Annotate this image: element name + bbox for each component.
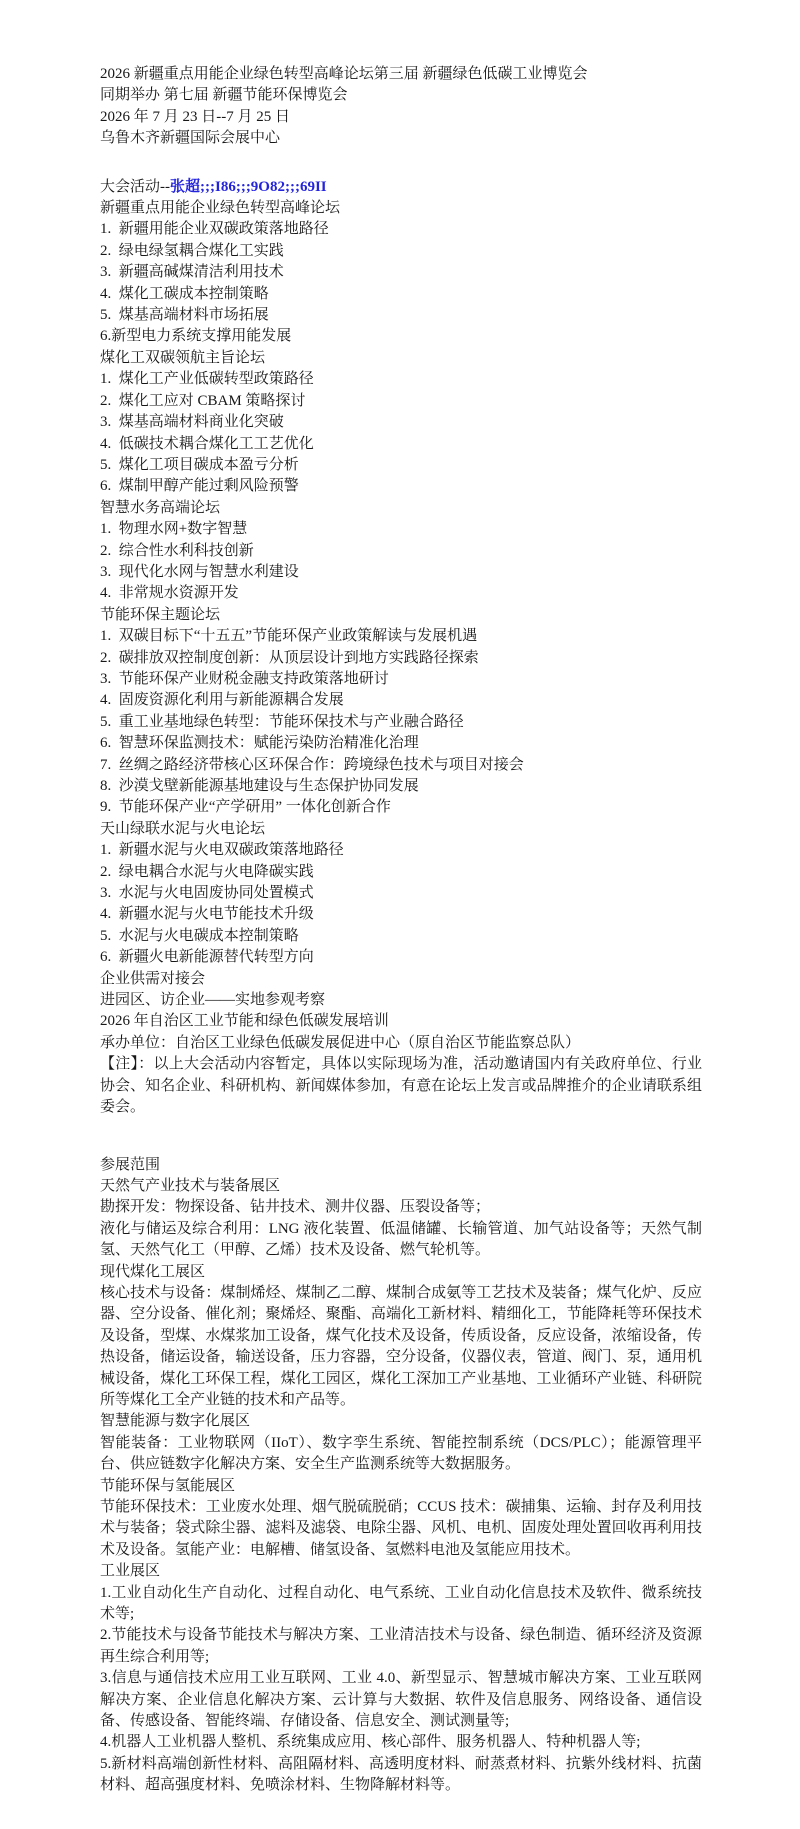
document-header: 2026 新疆重点用能企业绿色转型高峰论坛第三届 新疆绿色低碳工业博览会同期举办… (100, 64, 702, 150)
forum-item: 3. 节能环保产业财税金融支持政策落地研讨 (100, 669, 702, 690)
forum-item: 4. 煤化工碳成本控制策略 (100, 284, 702, 305)
activities-heading: 大会活动--张超;;;I86;;;9O82;;;69II (100, 177, 702, 198)
forum-item: 6. 新疆火电新能源替代转型方向 (100, 947, 702, 968)
spacer (100, 150, 702, 177)
activity-line: 2026 年自治区工业节能和绿色低碳发展培训 (100, 1011, 702, 1032)
forum-item: 7. 丝绸之路经济带核心区环保合作：跨境绿色技术与项目对接会 (100, 755, 702, 776)
zone-paragraph: 节能环保技术：工业废水处理、烟气脱硫脱硝；CCUS 技术：碳捕集、运输、封存及利… (100, 1497, 702, 1561)
exhibition-scope-title: 参展范围 (100, 1155, 702, 1176)
forum-title: 节能环保主题论坛 (100, 605, 702, 626)
zone-title: 智慧能源与数字化展区 (100, 1411, 702, 1432)
activities-label: 大会活动-- (100, 179, 170, 195)
forum-item: 6.新型电力系统支撑用能发展 (100, 326, 702, 347)
forum-item: 1. 煤化工产业低碳转型政策路径 (100, 369, 702, 390)
forum-item: 5. 煤化工项目碳成本盈亏分析 (100, 455, 702, 476)
forum-item: 5. 水泥与火电碳成本控制策略 (100, 926, 702, 947)
contact-highlight: 张超;;;I86;;;9O82;;;69II (170, 179, 327, 195)
forum-title: 煤化工双碳领航主旨论坛 (100, 348, 702, 369)
forum-item: 3. 现代化水网与智慧水利建设 (100, 562, 702, 583)
forum-item: 3. 煤基高端材料商业化突破 (100, 412, 702, 433)
forum-item: 2. 煤化工应对 CBAM 策略探讨 (100, 391, 702, 412)
zone-title: 现代煤化工展区 (100, 1262, 702, 1283)
header-line: 乌鲁木齐新疆国际会展中心 (100, 128, 702, 149)
forum-item: 1. 双碳目标下“十五五”节能环保产业政策解读与发展机遇 (100, 626, 702, 647)
forum-item: 5. 煤基高端材料市场拓展 (100, 305, 702, 326)
forum-item: 4. 固废资源化利用与新能源耦合发展 (100, 690, 702, 711)
forum-item: 4. 非常规水资源开发 (100, 583, 702, 604)
forum-item: 8. 沙漠戈壁新能源基地建设与生态保护协同发展 (100, 776, 702, 797)
header-line: 2026 新疆重点用能企业绿色转型高峰论坛第三届 新疆绿色低碳工业博览会 (100, 64, 702, 85)
forum-item: 3. 新疆高碱煤清洁利用技术 (100, 262, 702, 283)
zone-title: 天然气产业技术与装备展区 (100, 1176, 702, 1197)
forum-item: 2. 碳排放双控制度创新：从顶层设计到地方实践路径探索 (100, 648, 702, 669)
forum-item: 9. 节能环保产业“产学研用” 一体化创新合作 (100, 797, 702, 818)
forum-item: 2. 绿电耦合水泥与火电降碳实践 (100, 862, 702, 883)
forum-item: 2. 综合性水利科技创新 (100, 541, 702, 562)
forums-list: 新疆重点用能企业绿色转型高峰论坛1. 新疆用能企业双碳政策落地路径2. 绿电绿氢… (100, 198, 702, 969)
note-paragraph: 【注】：以上大会活动内容暂定，具体以实际现场为准，活动邀请国内有关政府单位、行业… (100, 1054, 702, 1118)
header-line: 同期举办 第七届 新疆节能环保博览会 (100, 85, 702, 106)
forum-item: 1. 物理水网+数字智慧 (100, 519, 702, 540)
zone-paragraph: 4.机器人工业机器人整机、系统集成应用、核心部件、服务机器人、特种机器人等; (100, 1732, 702, 1753)
zone-paragraph: 2.节能技术与设备节能技术与解决方案、工业清洁技术与设备、绿色制造、循环经济及资… (100, 1625, 702, 1668)
forum-item: 4. 低碳技术耦合煤化工工艺优化 (100, 434, 702, 455)
zone-paragraph: 5.新材料高端创新性材料、高阻隔材料、高透明度材料、耐蒸煮材料、抗紫外线材料、抗… (100, 1754, 702, 1797)
spacer (100, 1119, 702, 1155)
header-line: 2026 年 7 月 23 日--7 月 25 日 (100, 107, 702, 128)
zone-paragraph: 勘探开发：物探设备、钻井技术、测井仪器、压裂设备等； (100, 1197, 702, 1218)
forum-item: 2. 绿电绿氢耦合煤化工实践 (100, 241, 702, 262)
zone-paragraph: 3.信息与通信技术应用工业互联网、工业 4.0、新型显示、智慧城市解决方案、工业… (100, 1668, 702, 1732)
zone-title: 节能环保与氢能展区 (100, 1476, 702, 1497)
forum-item: 4. 新疆水泥与火电节能技术升级 (100, 904, 702, 925)
forum-item: 1. 新疆用能企业双碳政策落地路径 (100, 219, 702, 240)
forum-item: 5. 重工业基地绿色转型：节能环保技术与产业融合路径 (100, 712, 702, 733)
document-page: 2026 新疆重点用能企业绿色转型高峰论坛第三届 新疆绿色低碳工业博览会同期举办… (0, 0, 800, 1829)
forum-title: 新疆重点用能企业绿色转型高峰论坛 (100, 198, 702, 219)
forum-item: 6. 煤制甲醇产能过剩风险预警 (100, 476, 702, 497)
zone-title: 工业展区 (100, 1561, 702, 1582)
forum-item: 1. 新疆水泥与火电双碳政策落地路径 (100, 840, 702, 861)
activity-line: 进园区、访企业——实地参观考察 (100, 990, 702, 1011)
activity-lines: 企业供需对接会进园区、访企业——实地参观考察2026 年自治区工业节能和绿色低碳… (100, 969, 702, 1055)
exhibition-zones: 天然气产业技术与装备展区勘探开发：物探设备、钻井技术、测井仪器、压裂设备等；液化… (100, 1176, 702, 1797)
zone-paragraph: 核心技术与设备：煤制烯烃、煤制乙二醇、煤制合成氨等工艺技术及装备；煤气化炉、反应… (100, 1283, 702, 1411)
forum-title: 智慧水务高端论坛 (100, 498, 702, 519)
zone-paragraph: 1.工业自动化生产自动化、过程自动化、电气系统、工业自动化信息技术及软件、微系统… (100, 1583, 702, 1626)
forum-title: 天山绿联水泥与火电论坛 (100, 819, 702, 840)
zone-paragraph: 智能装备：工业物联网（IIoT）、数字孪生系统、智能控制系统（DCS/PLC）；… (100, 1433, 702, 1476)
activity-line: 承办单位：自治区工业绿色低碳发展促进中心（原自治区节能监察总队） (100, 1033, 702, 1054)
forum-item: 6. 智慧环保监测技术：赋能污染防治精准化治理 (100, 733, 702, 754)
forum-item: 3. 水泥与火电固废协同处置模式 (100, 883, 702, 904)
activity-line: 企业供需对接会 (100, 969, 702, 990)
zone-paragraph: 液化与储运及综合利用：LNG 液化装置、低温储罐、长输管道、加气站设备等；天然气… (100, 1219, 702, 1262)
